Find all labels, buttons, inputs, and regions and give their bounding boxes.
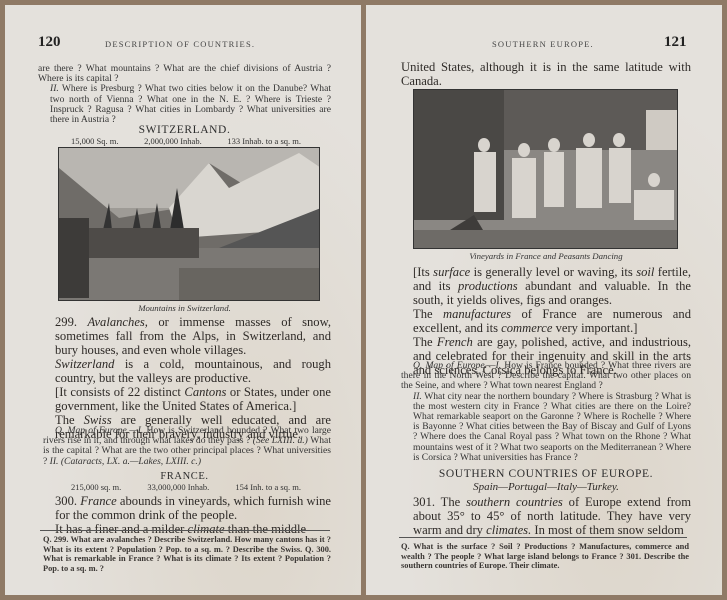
switzerland-heading: SWITZERLAND. — [38, 124, 331, 136]
switzerland-caption: Mountains in Switzerland. — [38, 303, 331, 313]
right-footnote: Q. What is the surface ? Soil ? Producti… — [401, 542, 689, 571]
switzerland-stats: 15,000 Sq. m. 2,000,000 Inhab. 133 Inhab… — [71, 136, 301, 146]
southern-countries-heading: SOUTHERN COUNTRIES OF EUROPE. — [401, 468, 691, 480]
page-number: 120 — [38, 34, 61, 51]
mountain-illustration — [59, 148, 320, 301]
running-head: SOUTHERN EUROPE. — [492, 39, 594, 49]
switzerland-text: 299. Avalanches, or immense masses of sn… — [43, 315, 331, 441]
left-footnote: Q. 299. What are avalanches ? Describe S… — [43, 535, 331, 573]
switzerland-mountains-engraving — [58, 147, 320, 301]
dancing-peasants-illustration — [414, 90, 678, 249]
footnote-divider — [40, 530, 330, 531]
southern-countries-text: 301. The southern countries of Europe ex… — [401, 495, 691, 537]
vineyard-caption: Vineyards in France and Peasants Dancing — [401, 251, 691, 261]
france-heading: FRANCE. — [38, 471, 331, 482]
vineyard-dancing-engraving — [413, 89, 678, 249]
left-page: 120 DESCRIPTION OF COUNTRIES. are there … — [5, 5, 361, 595]
southern-countries-subheading: Spain—Portugal—Italy—Turkey. — [401, 481, 691, 493]
paragraph-300: 300. France abounds in vineyards, which … — [43, 494, 331, 522]
paragraph-299: 299. Avalanches, or immense masses of sn… — [43, 315, 331, 357]
switzerland-map-questions: Q. Map of Europe.—I. How is Switzerland … — [43, 426, 331, 467]
france-map-questions: Q. Map of Europe.—I. How is France bound… — [401, 361, 691, 463]
continued-text: United States, although it is in the sam… — [401, 60, 691, 88]
france-stats: 215,000 sq. m. 33,000,000 Inhab. 154 Inh… — [71, 482, 301, 492]
footnote-divider — [399, 537, 687, 538]
running-head: DESCRIPTION OF COUNTRIES. — [105, 39, 255, 49]
right-page: SOUTHERN EUROPE. 121 United States, alth… — [366, 5, 722, 595]
page-number: 121 — [664, 34, 687, 51]
paragraph-301: 301. The southern countries of Europe ex… — [401, 495, 691, 537]
continued-questions: are there ? What mountains ? What are th… — [38, 64, 331, 125]
